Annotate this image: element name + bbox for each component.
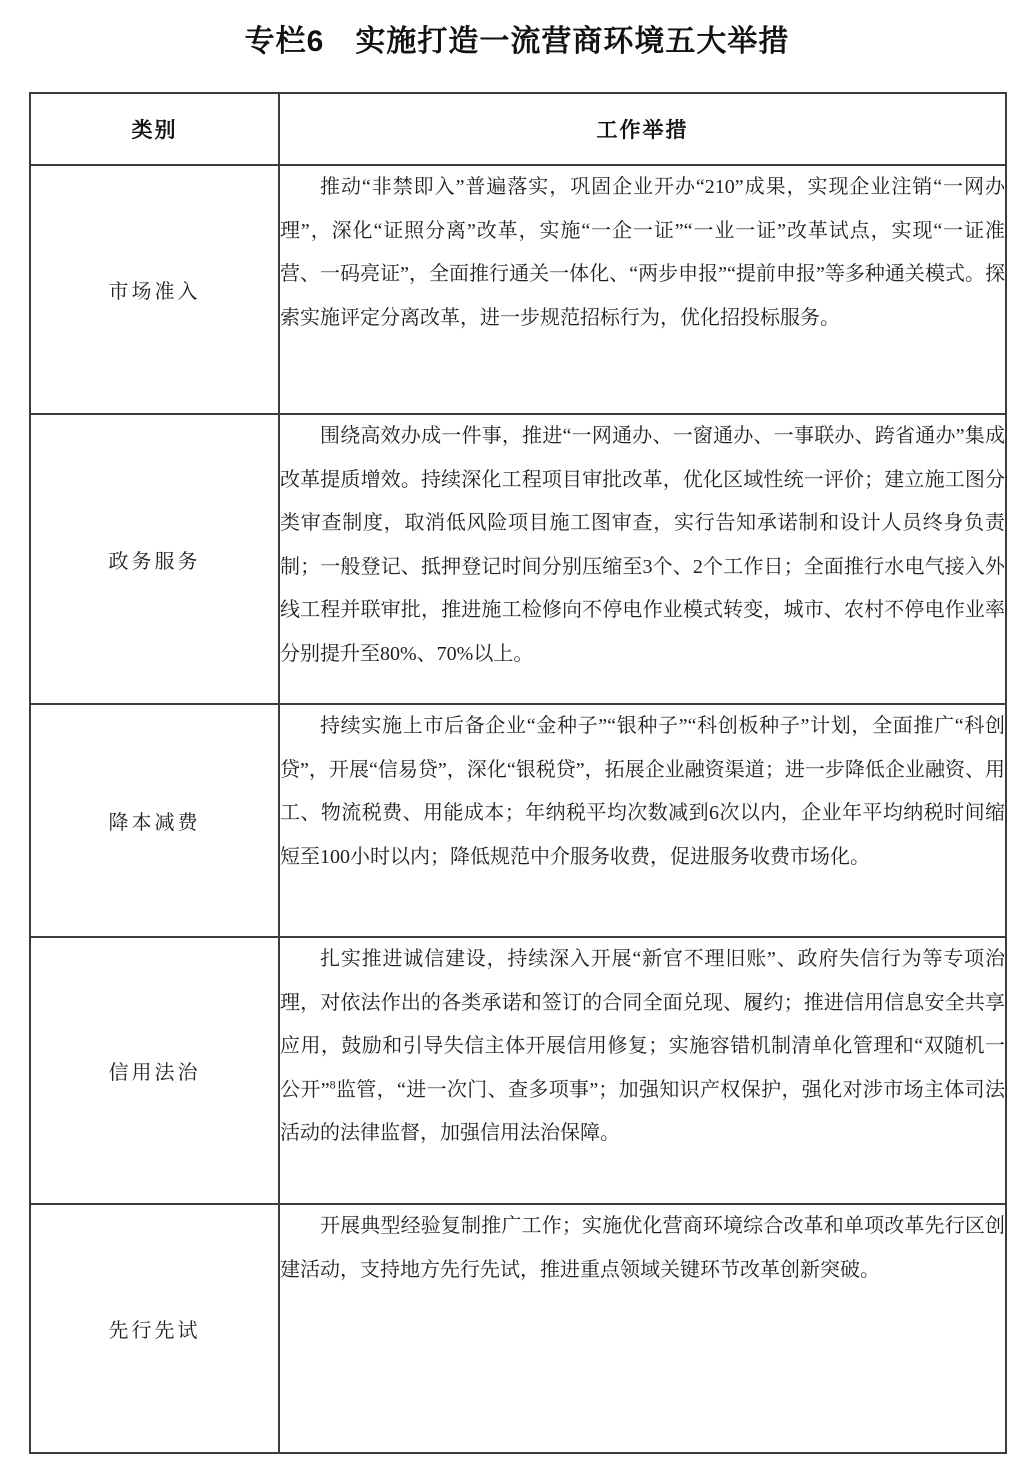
- category-cell: 信用法治: [30, 937, 279, 1204]
- measures-cell: 扎实推进诚信建设，持续深入开展“新官不理旧账”、政府失信行为等专项治理，对依法作…: [279, 937, 1006, 1204]
- measures-table: 类别 工作举措 市场准入 推动“非禁即入”普遍落实，巩固企业开办“210”成果，…: [29, 92, 1007, 1454]
- table-header-row: 类别 工作举措: [30, 93, 1006, 165]
- category-cell: 降本减费: [30, 704, 279, 937]
- page-title: 专栏6 实施打造一流营商环境五大举措: [0, 16, 1034, 60]
- category-cell: 政务服务: [30, 414, 279, 704]
- category-cell: 市场准入: [30, 165, 279, 414]
- measures-text: 围绕高效办成一件事，推进“一网通办、一窗通办、一事联办、跨省通办”集成改革提质增…: [280, 415, 1005, 676]
- header-category: 类别: [30, 93, 279, 165]
- measures-text: 扎实推进诚信建设，持续深入开展“新官不理旧账”、政府失信行为等专项治理，对依法作…: [280, 938, 1005, 1156]
- table-row-government-services: 政务服务 围绕高效办成一件事，推进“一网通办、一窗通办、一事联办、跨省通办”集成…: [30, 414, 1006, 704]
- measures-text: 推动“非禁即入”普遍落实，巩固企业开办“210”成果，实现企业注销“一网办理”，…: [280, 166, 1005, 340]
- header-measures: 工作举措: [279, 93, 1006, 165]
- table-row-cost-reduction: 降本减费 持续实施上市后备企业“金种子”“银种子”“科创板种子”计划，全面推广“…: [30, 704, 1006, 937]
- table-row-pilot-first: 先行先试 开展典型经验复制推广工作；实施优化营商环境综合改革和单项改革先行区创建…: [30, 1204, 1006, 1453]
- table-row-credit-rule-of-law: 信用法治 扎实推进诚信建设，持续深入开展“新官不理旧账”、政府失信行为等专项治理…: [30, 937, 1006, 1204]
- measures-text: 开展典型经验复制推广工作；实施优化营商环境综合改革和单项改革先行区创建活动，支持…: [280, 1205, 1005, 1292]
- measures-cell: 推动“非禁即入”普遍落实，巩固企业开办“210”成果，实现企业注销“一网办理”，…: [279, 165, 1006, 414]
- table-row-market-access: 市场准入 推动“非禁即入”普遍落实，巩固企业开办“210”成果，实现企业注销“一…: [30, 165, 1006, 414]
- measures-text: 持续实施上市后备企业“金种子”“银种子”“科创板种子”计划，全面推广“科创贷”，…: [280, 705, 1005, 879]
- category-cell: 先行先试: [30, 1204, 279, 1453]
- measures-text-part2: 监管，“进一次门、查多项事”；加强知识产权保护，强化对涉市场主体司法活动的法律监…: [280, 1079, 1005, 1145]
- measures-cell: 围绕高效办成一件事，推进“一网通办、一窗通办、一事联办、跨省通办”集成改革提质增…: [279, 414, 1006, 704]
- document-page: 专栏6 实施打造一流营商环境五大举措 类别 工作举措 市场准入 推动“非禁即入”…: [0, 0, 1034, 1484]
- measures-cell: 持续实施上市后备企业“金种子”“银种子”“科创板种子”计划，全面推广“科创贷”，…: [279, 704, 1006, 937]
- measures-cell: 开展典型经验复制推广工作；实施优化营商环境综合改革和单项改革先行区创建活动，支持…: [279, 1204, 1006, 1453]
